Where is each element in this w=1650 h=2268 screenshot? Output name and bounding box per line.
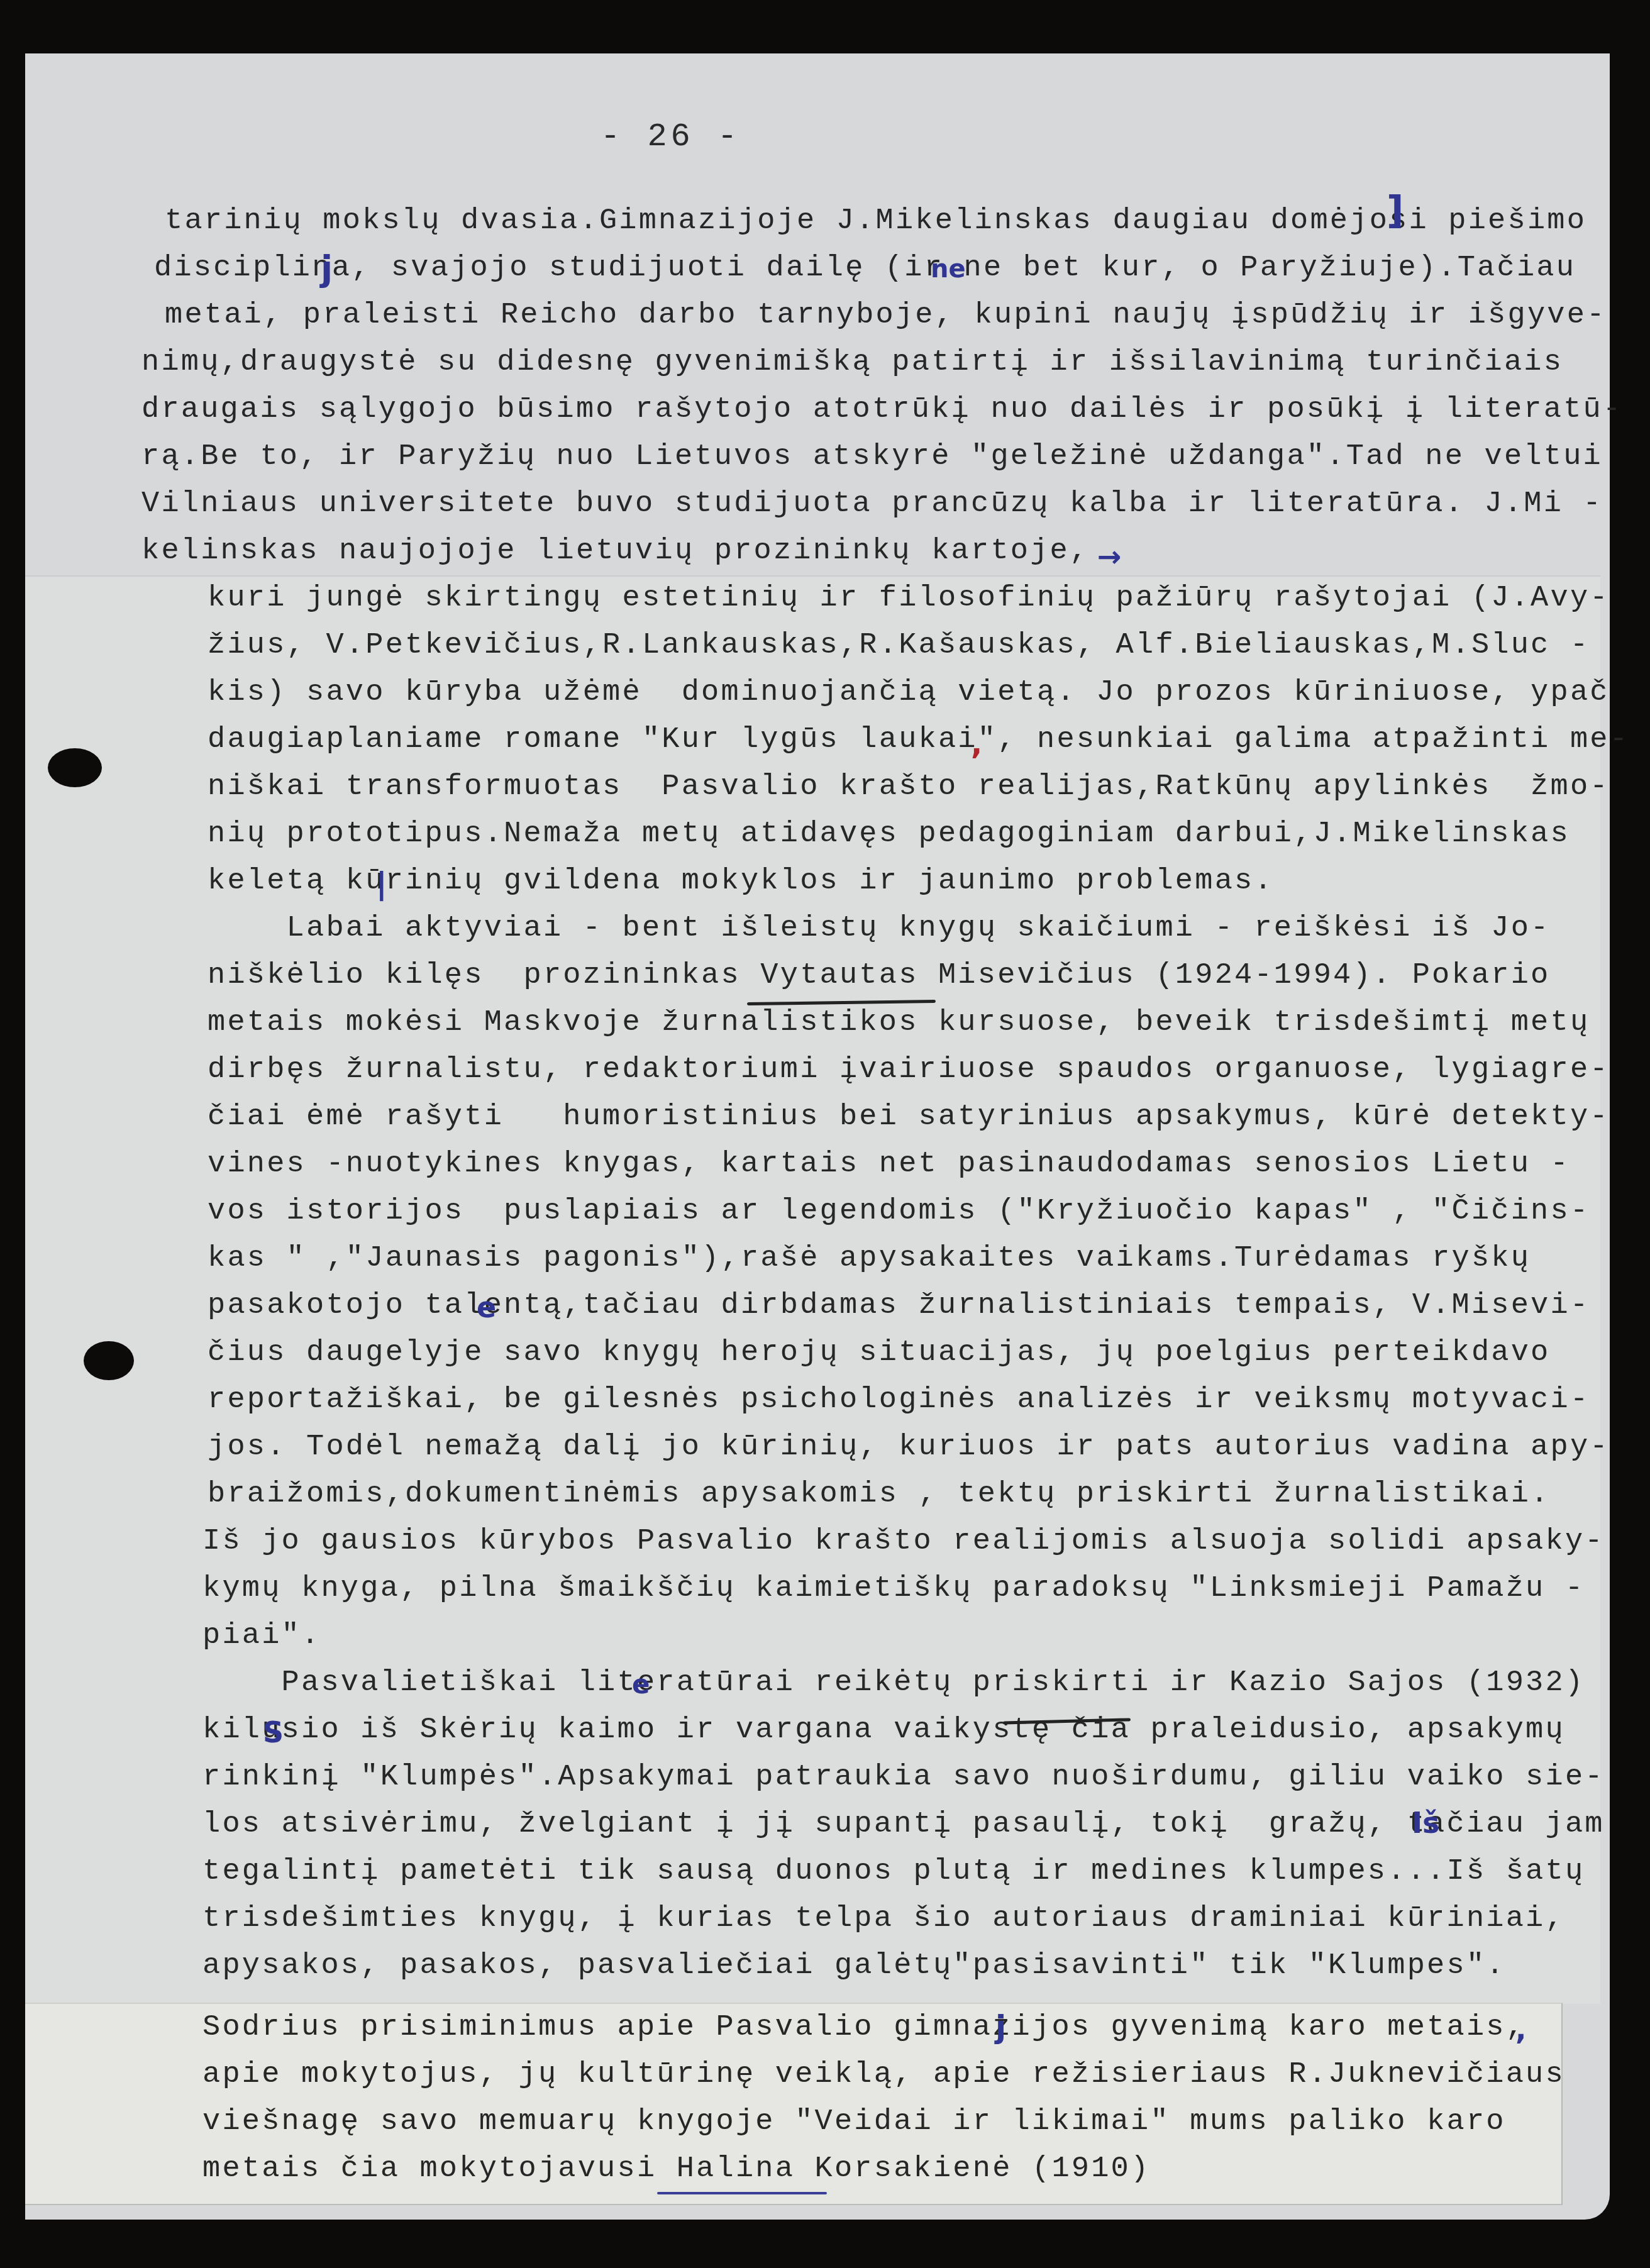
text-line: kas " ,"Jaunasis pagonis"),rašė apysakai… (208, 1240, 1531, 1278)
correction-mark: S (263, 1715, 284, 1749)
text-line: piai". (202, 1617, 321, 1655)
text-line: braižomis,dokumentinėmis apysakomis , te… (208, 1476, 1551, 1513)
text-line: draugais sąlygojo būsimo rašytojo atotrū… (141, 391, 1622, 429)
text-line: viešnagę savo memuarų knygoje "Veidai ir… (202, 2103, 1506, 2141)
text-line: Vilniaus universitete buvo studijuota pr… (141, 485, 1603, 523)
text-line: niškėlio kilęs prozininkas Vytautas Mise… (208, 957, 1551, 995)
text-line: čiai ėmė rašyti humoristinius bei satyri… (208, 1098, 1610, 1136)
text-line: kis) savo kūryba užėmė dominuojančią vie… (208, 674, 1610, 712)
text-line: vines -nuotykines knygas, kartais net pa… (208, 1146, 1570, 1183)
text-line: disciplina, svajojo studijuoti dailę (ir… (154, 250, 1576, 287)
text-line: Iš jo gausios kūrybos Pasvalio krašto re… (202, 1523, 1605, 1561)
text-line: tarinių mokslų dvasia.Gimnazijoje J.Mike… (165, 202, 1586, 240)
text-line: nimų,draugystė su didesnę gyvenimišką pa… (141, 344, 1563, 382)
correction-mark: , (1515, 2012, 1526, 2046)
correction-mark: e (477, 1290, 496, 1324)
correction-mark: j (995, 2009, 1006, 2045)
correction-mark: | (376, 866, 387, 902)
text-line: Pasvalietiškai literatūrai reikėtų prisk… (202, 1664, 1585, 1702)
text-line: pasakotojo talentą,tačiau dirbdamas žurn… (208, 1287, 1590, 1325)
correction-mark: e (632, 1669, 650, 1700)
text-line: kelinskas naujojoje lietuvių prozininkų … (141, 533, 1089, 570)
text-line: tegalintį pametėti tik sausą duonos plut… (202, 1853, 1585, 1891)
text-line: keletą kūrinių gvildena mokyklos ir jaun… (208, 863, 1274, 900)
text-line: metai, praleisti Reicho darbo tarnyboje,… (165, 297, 1607, 335)
text-line: žius, V.Petkevičius,R.Lankauskas,R.Kašau… (208, 627, 1590, 665)
text-line: metais mokėsi Maskvoje žurnalistikos kur… (208, 1004, 1590, 1042)
text-line: daugiaplaniame romane "Kur lygūs laukai"… (208, 721, 1629, 759)
text-line: vos istorijos puslapiais ar legendomis (… (208, 1193, 1590, 1231)
text-line: jos. Todėl nemažą dalį jo kūrinių, kuriu… (208, 1429, 1610, 1466)
page-number: - 26 - (601, 118, 741, 155)
text-line: dirbęs žurnalistu, redaktoriumi įvairiuo… (208, 1051, 1610, 1089)
correction-mark: , (971, 726, 982, 761)
text-line: trisdešimties knygų, į kurias telpa šio … (202, 1900, 1565, 1938)
punch-hole-icon (84, 1341, 134, 1380)
text-line: Labai aktyviai - bent išleistų knygų ska… (208, 910, 1551, 948)
text-line: čius daugelyje savo knygų herojų situaci… (208, 1334, 1551, 1372)
text-line: kilusio iš Skėrių kaimo ir vargana vaiky… (202, 1712, 1565, 1749)
text-line: metais čia mokytojavusi Halina Korsakien… (202, 2150, 1150, 2188)
text-line: apie mokytojus, jų kultūrinę veiklą, api… (202, 2056, 1565, 2094)
punch-hole-icon (48, 748, 102, 787)
text-line: niškai transformuotas Pasvalio krašto re… (208, 768, 1610, 806)
correction-mark: j (321, 248, 333, 289)
underline-halina-korsakiene (657, 2192, 827, 2194)
text-line: kymų knyga, pilna šmaikščių kaimietiškų … (202, 1570, 1585, 1608)
text-line: rą.Be to, ir Paryžių nuo Lietuvos atskyr… (141, 438, 1603, 476)
text-line: nių prototipus.Nemaža metų atidavęs peda… (208, 816, 1570, 853)
text-line: rinkinį "Klumpės".Apsakymai patraukia sa… (202, 1759, 1605, 1796)
correction-mark: ne (931, 255, 966, 284)
continuation-arrow-icon: → (1097, 539, 1122, 573)
text-line: los atsivėrimu, žvelgiant į jį supantį p… (202, 1806, 1605, 1844)
insert-bracket-mark: ] (1387, 189, 1404, 233)
text-line: Sodrius prisiminimus apie Pasvalio gimna… (202, 2009, 1525, 2047)
text-line: reportažiškai, be gilesnės psichologinės… (208, 1381, 1590, 1419)
correction-mark: Iš (1412, 1806, 1440, 1840)
text-line: apysakos, pasakos, pasvaliečiai galėtų"p… (202, 1947, 1506, 1985)
text-line: kuri jungė skirtingų estetinių ir filoso… (208, 580, 1610, 617)
